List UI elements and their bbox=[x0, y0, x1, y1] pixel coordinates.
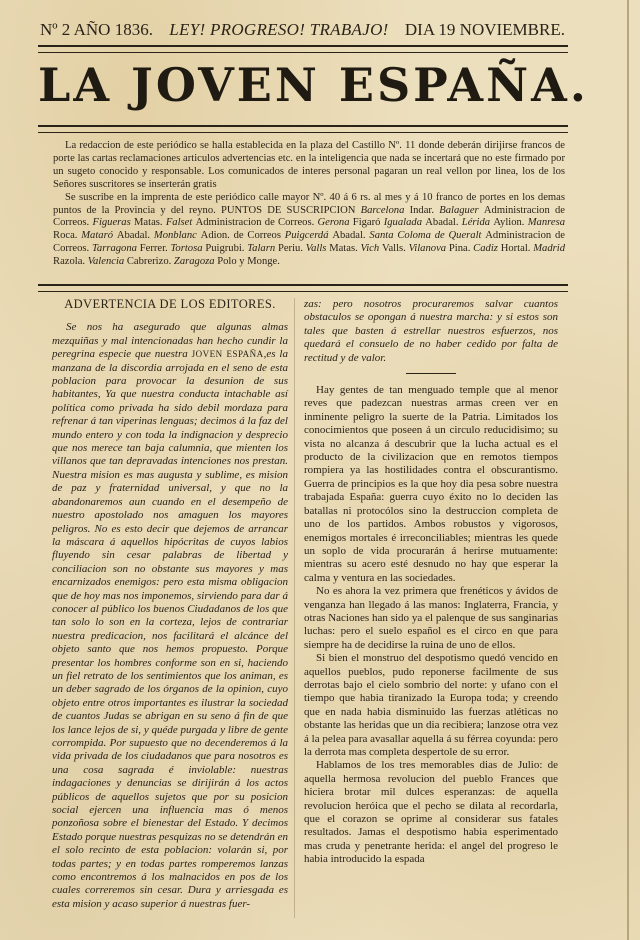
notice-rule bbox=[38, 284, 568, 292]
subscription-agent: Periu. bbox=[278, 243, 306, 254]
masthead-dateline: Nº 2 AÑO 1836. LEY! PROGRESO! TRABAJO! D… bbox=[40, 20, 565, 44]
motto: LEY! PROGRESO! TRABAJO! bbox=[169, 20, 388, 40]
subscription-place: Igualada bbox=[384, 217, 426, 228]
subscription-agent: Administracion de Correos. bbox=[196, 217, 318, 228]
subscription-place: Barcelona bbox=[361, 205, 410, 216]
editorial-paragraph: Hablamos de los tres memorables dias de … bbox=[304, 759, 558, 866]
editorial-paragraph: Si bien el monstruo del despotismo quedó… bbox=[304, 652, 558, 759]
subscription-place: Tortosa bbox=[171, 243, 206, 254]
subscription-agent: Matas. bbox=[134, 217, 166, 228]
subscription-agent: Indar. bbox=[410, 205, 440, 216]
issue-date: DIA 19 NOVIEMBRE. bbox=[405, 20, 565, 40]
page-edge bbox=[627, 0, 629, 940]
subscription-place: Balaguer bbox=[439, 205, 484, 216]
subscription-agent: Puigrubi. bbox=[205, 243, 247, 254]
subscription-agent: Abadal. bbox=[332, 230, 369, 241]
title-rule bbox=[38, 125, 568, 133]
subscription-place: Valencia bbox=[88, 256, 127, 267]
subscription-agent: Ferrer. bbox=[140, 243, 171, 254]
section-heading: ADVERTENCIA DE LOS EDITORES. bbox=[52, 298, 288, 311]
subscription-agent: Roca. bbox=[53, 230, 81, 241]
publication-notice: La redaccion de este periódico se halla … bbox=[53, 140, 565, 269]
subscription-agent: Adion. de Correos bbox=[201, 230, 285, 241]
column-divider bbox=[294, 298, 295, 918]
subscription-place: Vich bbox=[361, 243, 382, 254]
notice-subscription: Se suscribe en la imprenta de este perió… bbox=[53, 192, 565, 269]
subscription-agent: Aylion. bbox=[493, 217, 527, 228]
editorial-paragraph: No es ahora la vez primera que frenético… bbox=[304, 585, 558, 652]
subscription-place: Vilanova bbox=[409, 243, 449, 254]
subscription-place: Mataró bbox=[81, 230, 117, 241]
subscription-place: Gerona bbox=[318, 217, 353, 228]
subscription-place: Madrid bbox=[533, 243, 565, 254]
subscription-place: Figueras bbox=[92, 217, 134, 228]
section-separator bbox=[406, 373, 456, 374]
subscription-place: Cadiz bbox=[473, 243, 501, 254]
subscription-place: Talarn bbox=[247, 243, 278, 254]
subscription-place: Falset bbox=[166, 217, 196, 228]
subscription-place: Valls bbox=[306, 243, 329, 254]
newspaper-title: LA JOVEN ESPAÑA. bbox=[38, 58, 568, 112]
subscription-place: Monblanc bbox=[154, 230, 201, 241]
subscription-place: Puigcerdá bbox=[285, 230, 333, 241]
subscription-agent: Abadal. bbox=[117, 230, 154, 241]
notice-office: La redaccion de este periódico se halla … bbox=[53, 140, 565, 192]
paper-name: JOVEN ESPAÑA bbox=[192, 349, 264, 359]
dateline-rule bbox=[38, 45, 568, 53]
subscription-agent: Matas. bbox=[329, 243, 360, 254]
subscription-agent: Pina. bbox=[449, 243, 473, 254]
subscription-agent: Hortal. bbox=[501, 243, 534, 254]
subscription-place: Manresa bbox=[528, 217, 565, 228]
issue-number: Nº 2 AÑO 1836. bbox=[40, 20, 153, 40]
editorial-paragraph: Hay gentes de tan menguado temple que al… bbox=[304, 384, 558, 585]
editors-notice-continuation: zas: pero nosotros procuraremos salvar c… bbox=[304, 298, 558, 365]
subscription-agent: Abadal. bbox=[425, 217, 462, 228]
subscription-agent: Cabrerizo. bbox=[127, 256, 174, 267]
subscription-place: Tarragona bbox=[92, 243, 140, 254]
editors-notice-body: Se nos ha asegurado que algunas almas me… bbox=[52, 321, 288, 911]
subscription-agent: Valls. bbox=[382, 243, 409, 254]
subscription-place: Santa Coloma de Queralt bbox=[369, 230, 485, 241]
subscription-place: Zaragoza bbox=[174, 256, 217, 267]
editorial-column: zas: pero nosotros procuraremos salvar c… bbox=[304, 298, 558, 867]
subscription-agent: Polo y Monge. bbox=[217, 256, 280, 267]
subscription-agent: Razola. bbox=[53, 256, 88, 267]
subscription-place: Lérida bbox=[462, 217, 494, 228]
subscription-agent: Figaró bbox=[353, 217, 384, 228]
editors-notice-column: ADVERTENCIA DE LOS EDITORES. Se nos ha a… bbox=[52, 298, 288, 911]
